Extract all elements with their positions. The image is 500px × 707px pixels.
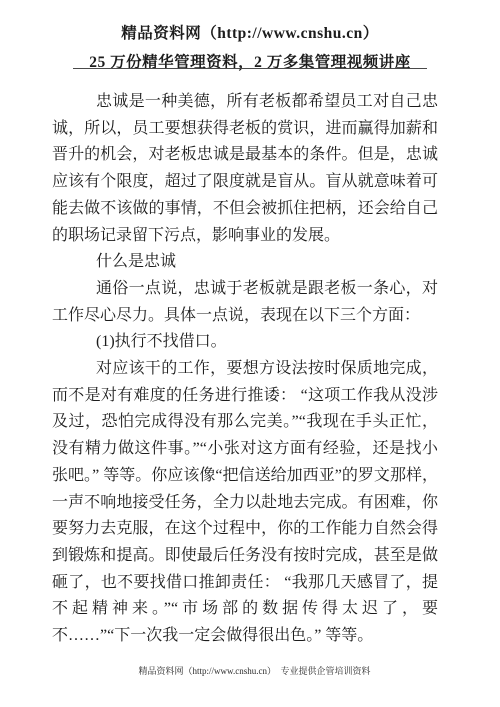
footer-text: 精品资料网（http://www.cnshu.cn） 专业提供企管培训资料 <box>139 666 371 676</box>
paragraph-point-1-body: 对应该干的工作，要想方设法按时保质地完成，而不是对有难度的任务进行推诿： “这项… <box>52 356 438 650</box>
header-divider <box>73 68 427 69</box>
paragraph-point-1-heading: (1)执行不找借口。 <box>52 329 438 356</box>
paragraph-loyalty-definition: 通俗一点说，忠诚于老板就是跟老板一条心，对工作尽心尽力。具体一点说，表现在以下三… <box>52 276 438 329</box>
page-header: 精品资料网（http://www.cnshu.cn） 25 万份精华管理资料，2… <box>0 21 500 72</box>
document-body: 忠诚是一种美德，所有老板都希望员工对自己忠诚，所以，员工要想获得老板的赏识，进而… <box>52 89 438 650</box>
paragraph-loyalty-intro: 忠诚是一种美德，所有老板都希望员工对自己忠诚，所以，员工要想获得老板的赏识，进而… <box>52 89 438 249</box>
page-footer: 精品资料网（http://www.cnshu.cn） 专业提供企管培训资料 <box>0 654 500 687</box>
document-page: 精品资料网（http://www.cnshu.cn） 25 万份精华管理资料，2… <box>0 0 500 707</box>
site-title: 精品资料网（http://www.cnshu.cn） <box>0 21 500 43</box>
paragraph-heading-what-is-loyalty: 什么是忠诚 <box>52 249 438 276</box>
